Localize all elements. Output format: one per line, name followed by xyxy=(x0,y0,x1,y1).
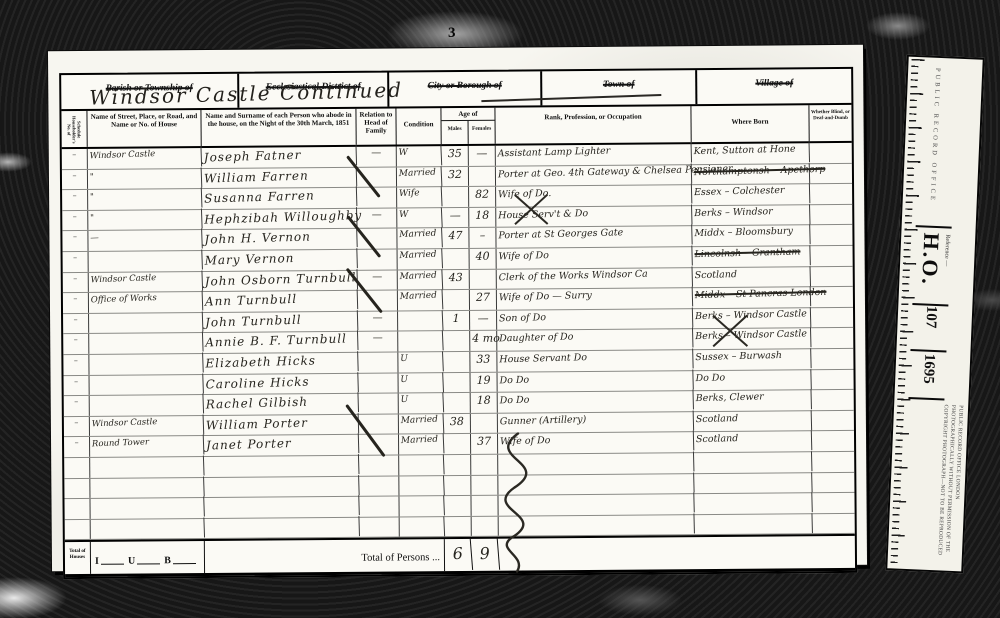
ink-cross-mark xyxy=(699,308,759,354)
cell-condition: Married xyxy=(397,166,443,187)
cell-schedule: – xyxy=(63,252,89,272)
cell-born: Northamptonsh – Apethorp xyxy=(692,163,810,186)
cell-infirm xyxy=(811,349,853,369)
cell-condition: W xyxy=(397,207,443,228)
cell-born: Scotland xyxy=(693,266,811,289)
cell-schedule: – xyxy=(64,417,90,437)
cell-schedule: – xyxy=(62,231,88,251)
village-box: Village of xyxy=(697,69,851,104)
item-section: 1695 xyxy=(908,349,946,400)
cell-born: Scotland xyxy=(694,410,812,433)
census-table: Parish or Township of Ecclesiastical Dis… xyxy=(59,67,857,580)
cell-relation xyxy=(359,394,399,414)
series-code: H.O. xyxy=(916,232,944,286)
header-name: Name and Surname of each Person who abod… xyxy=(201,109,356,146)
ink-squiggle xyxy=(456,429,577,580)
cell-born: Middx – St Pancras London xyxy=(693,286,811,309)
cell-born: Scotland xyxy=(694,431,812,454)
cell-infirm xyxy=(811,308,853,328)
cell-relation xyxy=(360,517,400,537)
uninhabited-label: U xyxy=(128,556,135,567)
cell-street xyxy=(89,394,204,417)
cell-street: Windsor Castle xyxy=(88,147,203,170)
cell-born xyxy=(694,472,812,495)
cell-name: Susanna Farren xyxy=(202,186,357,210)
cell-condition: Married xyxy=(399,434,445,455)
cell-born: Essex – Colchester xyxy=(692,183,810,206)
total-persons-label: Total of Persons ... xyxy=(205,539,445,573)
cell-schedule xyxy=(64,458,90,478)
cell-age-m xyxy=(443,290,470,310)
cell-age-m: 43 xyxy=(443,269,470,289)
cell-infirm xyxy=(810,184,852,204)
cell-relation: — xyxy=(357,146,397,166)
cell-age-m: 32 xyxy=(442,166,469,186)
cell-age-m: 1 xyxy=(443,311,470,331)
cell-infirm xyxy=(812,493,854,513)
cell-age-m xyxy=(444,372,471,392)
header-relation: Relation to Head of Family xyxy=(356,108,396,144)
cell-schedule: – xyxy=(63,355,89,375)
cell-condition: Married xyxy=(399,413,445,434)
cell-age-f: 27 xyxy=(470,290,497,310)
town-box: Town of xyxy=(542,70,697,105)
cell-relation xyxy=(359,497,399,517)
cell-condition: U xyxy=(398,372,444,393)
cell-street xyxy=(89,352,204,375)
cell-condition xyxy=(399,475,445,496)
cell-name xyxy=(204,454,359,478)
cell-age-m xyxy=(443,352,470,372)
column-headers: No. of Householder's Schedule Name of St… xyxy=(61,105,851,149)
cell-age-f: 40 xyxy=(470,249,497,269)
cell-condition: Married xyxy=(397,228,443,249)
houses-iub: I U B xyxy=(91,541,205,574)
cell-relation xyxy=(359,373,399,393)
cell-street xyxy=(90,517,205,540)
cell-infirm xyxy=(810,205,852,225)
cell-infirm xyxy=(812,411,854,431)
form-header-band: Parish or Township of Ecclesiastical Dis… xyxy=(61,69,851,111)
cell-born: Do Do xyxy=(693,369,811,392)
cell-born xyxy=(694,492,812,515)
cell-relation: — xyxy=(358,332,398,352)
header-age: Age of Males Females xyxy=(441,108,495,144)
piece-number: 107 xyxy=(921,305,939,328)
cell-infirm xyxy=(810,225,852,245)
cell-relation xyxy=(358,352,398,372)
header-schedule: No. of Householder's Schedule xyxy=(61,111,87,147)
cell-born: Berks – Windsor xyxy=(692,204,810,227)
cell-condition xyxy=(399,516,445,537)
cell-street: Windsor Castle xyxy=(88,270,203,293)
cell-name: Elizabeth Hicks xyxy=(203,351,358,375)
cell-schedule xyxy=(64,478,90,498)
cell-age-m xyxy=(442,187,469,207)
cell-condition: U xyxy=(398,392,444,413)
reference-section: Reference — H.O. xyxy=(912,225,951,306)
cell-infirm xyxy=(812,452,854,472)
header-age-of: Age of xyxy=(441,108,494,121)
cell-born: Middx – Bloomsbury xyxy=(692,225,810,248)
header-age-females: Females xyxy=(469,121,495,144)
cell-infirm xyxy=(811,369,853,389)
cell-schedule: – xyxy=(64,396,90,416)
cell-age-m xyxy=(443,331,470,351)
cell-infirm xyxy=(812,431,854,451)
cell-street: " xyxy=(88,167,203,190)
total-houses-box: Total of Houses xyxy=(65,542,91,574)
cell-name: Rachel Gilbish xyxy=(204,392,359,416)
cell-age-m xyxy=(444,393,471,413)
header-occupation: Rank, Profession, or Occupation xyxy=(495,106,691,144)
cell-infirm xyxy=(811,246,853,266)
cell-age-f: — xyxy=(469,146,496,166)
cell-age-f: 4 mo xyxy=(470,331,497,351)
cell-infirm xyxy=(811,266,853,286)
cell-street: Round Tower xyxy=(90,435,205,458)
cell-name: Joseph Fatner xyxy=(202,145,357,169)
cell-street xyxy=(90,476,205,499)
cell-name xyxy=(204,495,359,519)
cell-condition xyxy=(398,310,444,331)
cell-schedule: – xyxy=(63,314,89,334)
cell-age-m: — xyxy=(442,208,469,228)
cell-condition xyxy=(398,331,444,352)
cell-street: Office of Works xyxy=(89,291,204,314)
cell-condition: Married xyxy=(397,269,443,290)
copyright-notice: COPYRIGHT PHOTOGRAPH—NOT TO BE REPRODUCE… xyxy=(934,404,965,567)
cell-relation: — xyxy=(358,270,398,290)
cell-condition xyxy=(399,495,445,516)
header-street: Name of Street, Place, or Road, and Name… xyxy=(87,110,201,147)
total-houses-label: Total of Houses xyxy=(65,542,90,560)
cell-street xyxy=(89,373,204,396)
cell-condition xyxy=(399,454,445,475)
building-label: B xyxy=(164,556,171,567)
cell-age-f xyxy=(469,166,496,186)
cell-relation: — xyxy=(358,311,398,331)
pro-ruler-strip: PUBLIC RECORD OFFICE Reference — H.O. 10… xyxy=(885,55,985,574)
town-label: Town of xyxy=(603,80,635,90)
cell-street xyxy=(89,332,204,355)
cell-condition: Married xyxy=(398,289,444,310)
cell-infirm xyxy=(811,328,853,348)
cell-relation: — xyxy=(357,208,397,228)
header-age-males: Males xyxy=(442,121,469,144)
cell-age-f: 82 xyxy=(469,187,496,207)
cell-street xyxy=(90,455,205,478)
cell-street xyxy=(90,497,205,520)
cell-age-f: 18 xyxy=(471,393,498,413)
cell-name: Mary Vernon xyxy=(202,248,357,272)
cell-born xyxy=(694,513,812,536)
cell-born xyxy=(694,451,812,474)
piece-section: 107 xyxy=(910,301,948,352)
cell-born: Kent, Sutton at Hone xyxy=(692,142,810,165)
inhabited-label: I xyxy=(95,556,99,567)
cell-infirm xyxy=(812,472,854,492)
cell-schedule: – xyxy=(62,169,88,189)
cell-schedule xyxy=(64,499,90,519)
page-number: 3 xyxy=(448,25,456,42)
cell-age-f: — xyxy=(470,310,497,330)
cell-age-f xyxy=(470,269,497,289)
city-borough-label: City or Borough of xyxy=(428,81,502,92)
cell-schedule xyxy=(65,520,91,540)
cell-schedule: – xyxy=(63,334,89,354)
cell-street: " xyxy=(88,188,203,211)
scan-background: 3 Parish or Township of Ecclesiastical D… xyxy=(0,0,1000,618)
census-page: Parish or Township of Ecclesiastical Dis… xyxy=(48,45,867,571)
cell-schedule: – xyxy=(64,375,90,395)
cell-relation xyxy=(359,455,399,475)
cell-age-m xyxy=(443,249,470,269)
cell-name: Ann Turnbull xyxy=(203,289,358,313)
cell-born: Lincolnsh – Grantham xyxy=(692,245,810,268)
item-number: 1695 xyxy=(919,353,937,384)
cell-infirm xyxy=(810,143,852,163)
header-condition: Condition xyxy=(396,108,441,144)
cell-schedule: – xyxy=(62,149,88,169)
header-where-born: Where Born xyxy=(691,105,809,142)
cell-age-m: 35 xyxy=(442,146,469,166)
city-borough-box: City or Borough of xyxy=(389,71,542,106)
cell-schedule: – xyxy=(64,437,90,457)
cell-age-f: 19 xyxy=(471,372,498,392)
header-infirmity: Whether Blind, or Deaf-and-Dumb xyxy=(809,105,851,141)
cell-age-m: 47 xyxy=(442,228,469,248)
cell-condition: W xyxy=(396,145,442,166)
cell-street: — xyxy=(88,229,203,252)
cell-age-f: – xyxy=(469,228,496,248)
cell-condition: Wife xyxy=(397,187,443,208)
cell-schedule: – xyxy=(62,190,88,210)
cell-age-f: 18 xyxy=(469,207,496,227)
cell-schedule: – xyxy=(63,293,89,313)
ink-cross-mark xyxy=(502,187,558,231)
cell-infirm xyxy=(813,514,855,534)
cell-relation xyxy=(357,188,397,208)
cell-name xyxy=(204,516,359,540)
cell-condition: U xyxy=(398,351,444,372)
cell-schedule: – xyxy=(63,272,89,292)
cell-condition: Married xyxy=(397,248,443,269)
cell-age-f: 33 xyxy=(470,352,497,372)
cell-relation xyxy=(359,476,399,496)
cell-infirm xyxy=(812,390,854,410)
cell-street xyxy=(88,249,203,272)
cell-born: Berks, Clewer xyxy=(694,389,812,412)
village-label: Village of xyxy=(755,78,793,88)
cell-schedule: – xyxy=(62,211,88,231)
